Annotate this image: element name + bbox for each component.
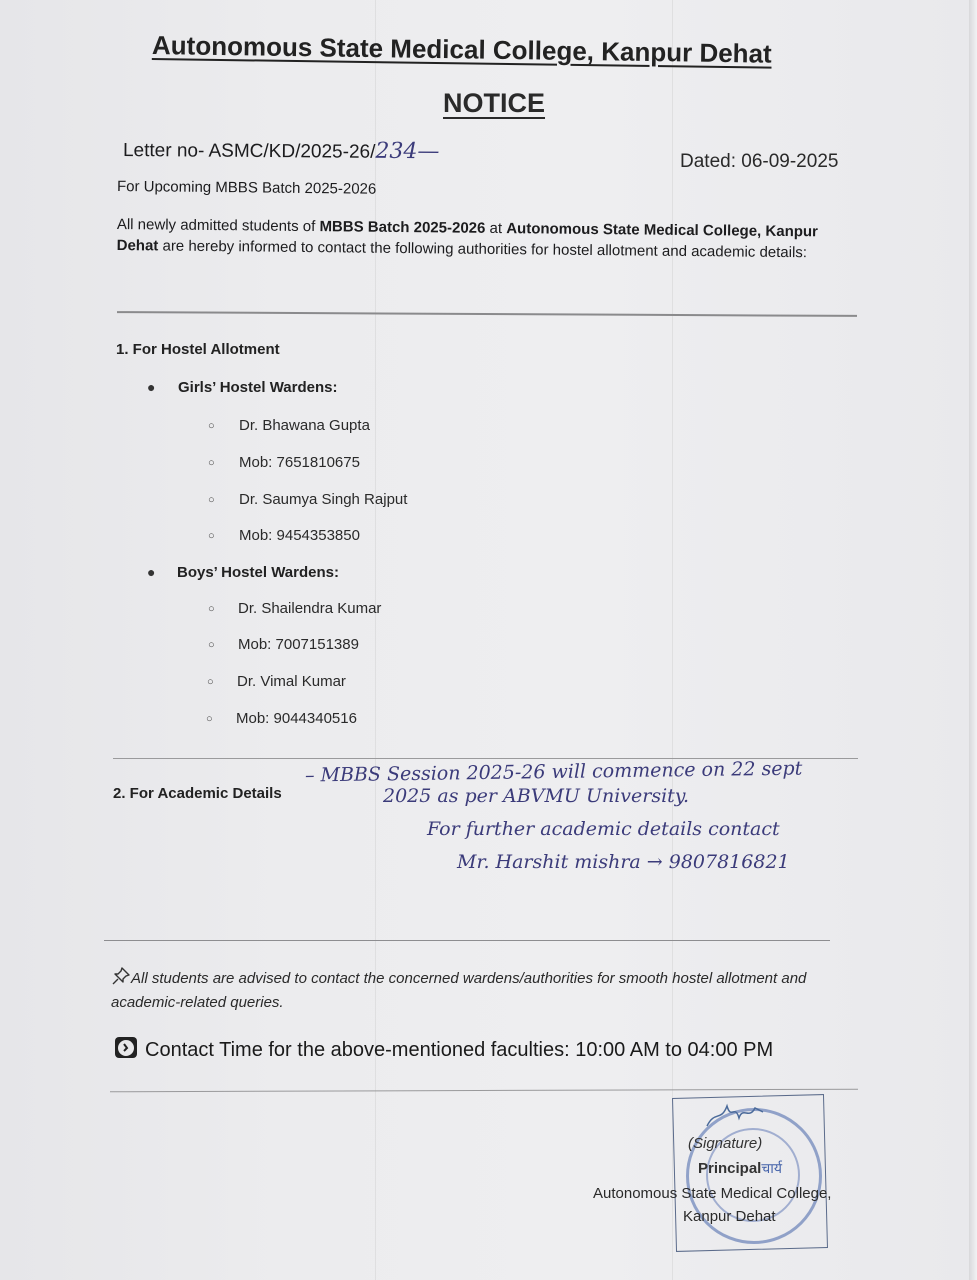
girls-hostel-label: Girls’ Hostel Wardens: <box>178 379 338 396</box>
academic-heading: 2. For Academic Details <box>113 785 282 802</box>
contact-time-text: Contact Time for the above-mentioned fac… <box>145 1039 773 1061</box>
circle-bullet-icon: ○ <box>208 494 215 506</box>
warden-name: Dr. Vimal Kumar <box>237 673 346 690</box>
warden-mobile: Mob: 9044340516 <box>236 710 357 727</box>
hostel-heading: 1. For Hostel Allotment <box>116 341 280 358</box>
subject-line: For Upcoming MBBS Batch 2025-2026 <box>117 178 376 198</box>
bullet-icon: ● <box>147 564 155 580</box>
circle-bullet-icon: ○ <box>208 639 215 651</box>
warden-mobile: Mob: 7007151389 <box>238 636 359 653</box>
alarm-clock-icon <box>113 1034 139 1060</box>
stamp-hindi-text: चार्य <box>761 1161 782 1177</box>
paper-fold <box>672 0 673 1280</box>
intro-text: at <box>485 220 506 237</box>
date: Dated: 06-09-2025 <box>680 151 838 173</box>
handwritten-dash: — <box>417 139 439 164</box>
signature-label: (Signature) <box>688 1135 762 1152</box>
advice-text: All students are advised to contact the … <box>111 970 806 1011</box>
letter-number-handwritten: 234 <box>375 139 417 164</box>
intro-batch: MBBS Batch 2025-2026 <box>319 218 485 237</box>
circle-bullet-icon: ○ <box>208 603 215 615</box>
handwritten-line: Mr. Harshit mishra → 9807816821 <box>457 846 945 879</box>
circle-bullet-icon: ○ <box>206 713 213 725</box>
boys-hostel-label: Boys’ Hostel Wardens: <box>177 564 339 581</box>
circle-bullet-icon: ○ <box>208 530 215 542</box>
principal-line: Principalचार्य <box>698 1159 782 1178</box>
warden-mobile: Mob: 7651810675 <box>239 454 360 471</box>
contact-time: Contact Time for the above-mentioned fac… <box>113 1034 773 1062</box>
letter-number-prefix: Letter no- ASMC/KD/2025-26/ <box>123 140 376 163</box>
bullet-icon: ● <box>147 379 155 395</box>
warden-mobile: Mob: 9454353850 <box>239 527 360 544</box>
letter-number: Letter no- ASMC/KD/2025-26/234— <box>123 137 440 164</box>
circle-bullet-icon: ○ <box>208 457 215 469</box>
circle-bullet-icon: ○ <box>207 676 214 688</box>
notice-title: NOTICE <box>443 88 545 119</box>
warden-name: Dr. Shailendra Kumar <box>238 600 381 617</box>
handwritten-academic-note: – MBBS Session 2025-26 will commence on … <box>305 755 945 879</box>
signatory-institution: Autonomous State Medical College, <box>593 1185 831 1202</box>
advice-note: All students are advised to contact the … <box>111 966 831 1015</box>
signatory-location: Kanpur Dehat <box>683 1208 776 1225</box>
principal-title: Principal <box>698 1160 761 1177</box>
circle-bullet-icon: ○ <box>208 420 215 432</box>
divider <box>104 940 830 941</box>
pushpin-icon <box>111 966 131 986</box>
handwritten-line: For further academic details contact <box>427 813 945 846</box>
intro-text: All newly admitted students of <box>117 216 320 235</box>
signature-scribble <box>705 1100 765 1130</box>
paper-edge <box>969 0 977 1280</box>
intro-paragraph: All newly admitted students of MBBS Batc… <box>117 214 827 263</box>
warden-name: Dr. Saumya Singh Rajput <box>239 491 407 508</box>
warden-name: Dr. Bhawana Gupta <box>239 417 370 434</box>
